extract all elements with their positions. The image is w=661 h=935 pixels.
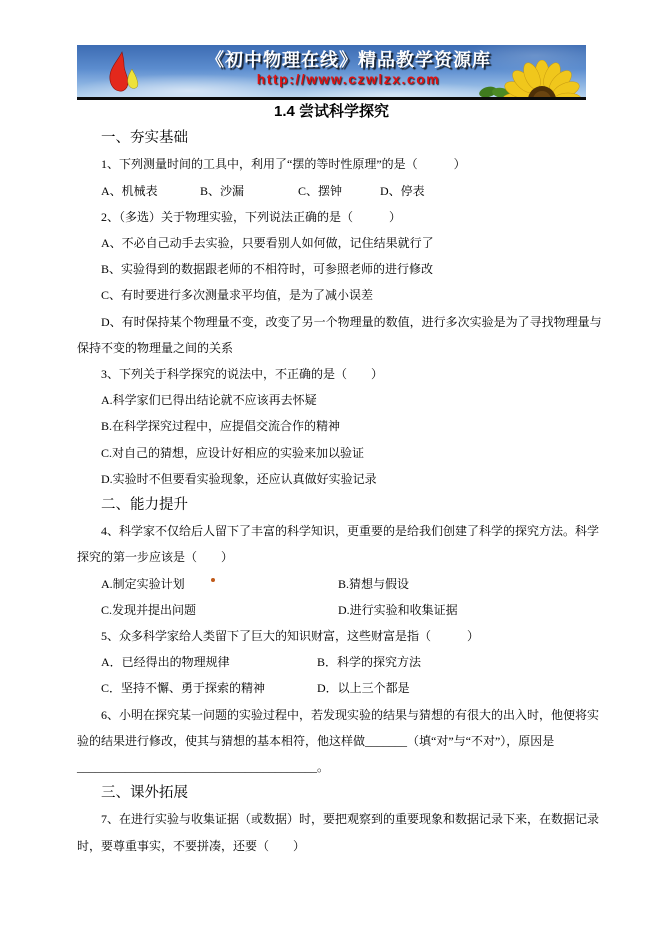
q4-option-a: A.制定实验计划 [101, 571, 338, 597]
q3-stem: 3、下列关于科学探究的说法中，不正确的是（ ） [77, 361, 617, 387]
section-heading-2: 二、能力提升 [77, 492, 617, 518]
q3-option-c: C.对自己的猜想，应设计好相应的实验来加以验证 [77, 440, 617, 466]
q6-line1: 6、小明在探究某一问题的实验过程中，若发现实验的结果与猜想的有很大的出入时，他便… [77, 702, 617, 728]
q2-option-c: C、有时要进行多次测量求平均值，是为了减小误差 [77, 282, 617, 308]
q5-stem: 5、众多科学家给人类留下了巨大的知识财富，这些财富是指（ ） [77, 623, 617, 649]
q2-option-d-line1: D、有时保持某个物理量不变，改变了另一个物理量的数值，进行多次实验是为了寻找物理… [77, 309, 617, 335]
q6-line2: 验的结果进行修改，使其与猜想的基本相符，他这样做_______（填“对”与“不对… [77, 728, 617, 754]
site-banner: 《初中物理在线》精品教学资源库 http://www.czwlzx.com [77, 45, 586, 100]
q2-option-b: B、实验得到的数据跟老师的不相符时，可参照老师的进行修改 [77, 256, 617, 282]
q4-option-b: B.猜想与假设 [338, 571, 409, 597]
q2-option-d-line2: 保持不变的物理量之间的关系 [77, 335, 617, 361]
q1-option-b: B、沙漏 [200, 178, 298, 204]
q1-option-a: A、机械表 [101, 178, 200, 204]
q7-line1: 7、在进行实验与收集证据（或数据）时，要把观察到的重要现象和数据记录下来，在数据… [77, 806, 617, 832]
sunflower-icon [502, 60, 582, 100]
q4-stem-line1: 4、科学家不仅给后人留下了丰富的科学知识，更重要的是给我们创建了科学的探究方法。… [77, 518, 617, 544]
q4-options-row-1: A.制定实验计划B.猜想与假设 [77, 571, 617, 597]
q5-option-b: B．科学的探究方法 [317, 649, 421, 675]
q6-answer-blank: ________________________________________… [77, 754, 617, 780]
q3-option-d: D.实验时不但要看实验现象，还应认真做好实验记录 [77, 466, 617, 492]
section-heading-1: 一、夯实基础 [77, 125, 617, 151]
q4-option-c: C.发现并提出问题 [101, 597, 338, 623]
q4-stem-line2: 探究的第一步应该是（ ） [77, 544, 617, 570]
worksheet-body: 1.4 尝试科学探究 一、夯实基础 1、下列测量时间的工具中，利用了“摆的等时性… [77, 99, 617, 859]
q2-stem: 2、（多选）关于物理实验，下列说法正确的是（ ） [77, 204, 617, 230]
q2-option-a: A、不必自己动手去实验，只要看别人如何做，记住结果就行了 [77, 230, 617, 256]
q1-options-row: A、机械表B、沙漏C、摆钟D、停表 [77, 178, 617, 204]
q1-option-d: D、停表 [380, 178, 425, 204]
stray-mark-dot [211, 578, 215, 582]
q4-options-row-2: C.发现并提出问题D.进行实验和收集证据 [77, 597, 617, 623]
q5-option-d: D．以上三个都是 [317, 675, 410, 701]
q3-option-b: B.在科学探究过程中，应提倡交流合作的精神 [77, 413, 617, 439]
q5-option-c: C．坚持不懈、勇于探索的精神 [101, 675, 317, 701]
q5-option-a: A．已经得出的物理规律 [101, 649, 317, 675]
q7-line2: 时，要尊重事实，不要拼凑，还要（ ） [77, 833, 617, 859]
q1-stem: 1、下列测量时间的工具中，利用了“摆的等时性原理”的是（ ） [77, 151, 617, 177]
q5-options-row-1: A．已经得出的物理规律B．科学的探究方法 [77, 649, 617, 675]
q5-options-row-2: C．坚持不懈、勇于探索的精神D．以上三个都是 [77, 675, 617, 701]
page-title: 1.4 尝试科学探究 [77, 99, 586, 125]
q1-option-c: C、摆钟 [298, 178, 380, 204]
q3-option-a: A.科学家们已得出结论就不应该再去怀疑 [77, 387, 617, 413]
q4-option-d: D.进行实验和收集证据 [338, 597, 458, 623]
section-heading-3: 三、课外拓展 [77, 780, 617, 806]
